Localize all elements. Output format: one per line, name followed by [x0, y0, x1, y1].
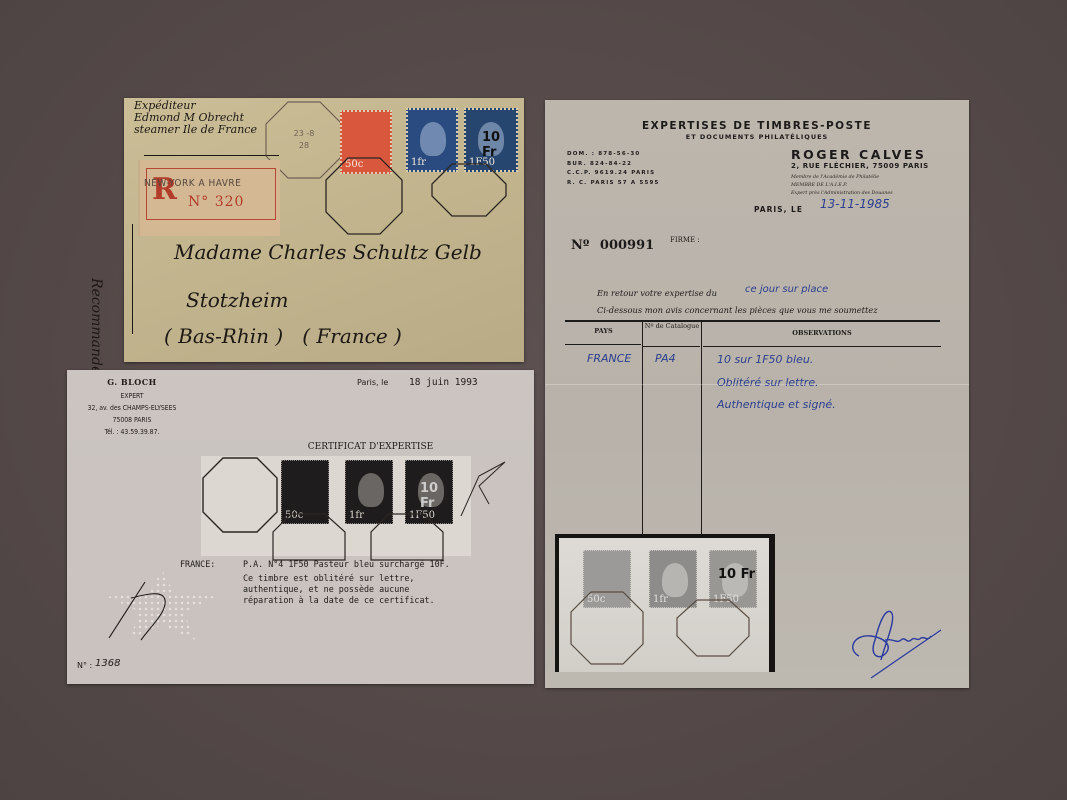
cell-observation: Oblitéré sur lettre.: [717, 376, 819, 389]
signature-mark: [459, 456, 519, 526]
sender-line: steamer Ile de France: [134, 124, 279, 136]
svg-text:28: 28: [299, 141, 309, 150]
postmark-octagon: [369, 512, 445, 562]
column-header-observations: OBSERVATIONS: [702, 329, 942, 337]
address-line: Stotzheim: [186, 288, 288, 312]
sender-underline: [144, 155, 279, 156]
calves-signature: [845, 600, 945, 680]
membership-block: Membre de l'Académie de Philatélie MEMBR…: [791, 174, 893, 198]
country-label: FRANCE:: [180, 559, 215, 570]
svg-text:23 -8: 23 -8: [294, 129, 315, 138]
certificate-date: 18 juin 1993: [409, 377, 478, 388]
cell-pays: FRANCE: [587, 352, 631, 365]
table-top-rule: [565, 320, 940, 322]
certificate-title: EXPERTISES DE TIMBRES-POSTE: [545, 120, 969, 132]
paper-fold: [545, 384, 969, 385]
certificate-number: Nº 000991: [571, 238, 654, 253]
sender-note: Expéditeur Edmond M Obrecht steamer Ile …: [134, 100, 279, 136]
overprint: 10 Fr: [482, 130, 516, 160]
registration-cancel: NEW-YORK A HAVRE: [144, 178, 241, 189]
postmark-octagon: [271, 512, 347, 562]
certificate-title: CERTIFICAT D'EXPERTISE: [67, 442, 534, 452]
cell-catalogue: PA4: [655, 352, 676, 365]
stamp-description: P.A. N°4 1F50 Pasteur bleu surchargé 10F…: [243, 559, 450, 570]
bloch-expertise-certificate: G. BLOCH EXPERT 32, av. des CHAMPS-ELYSE…: [67, 370, 534, 684]
column-header-pays: PAYS: [565, 327, 642, 335]
expert-address: 75008 PARIS: [67, 416, 197, 424]
expert-phone: Tél. : 43.59.39.87.: [67, 428, 197, 436]
registration-number: N° 320: [188, 194, 244, 210]
cell-observation: 10 sur 1F50 bleu.: [717, 353, 813, 366]
calves-expertise-certificate: EXPERTISES DE TIMBRES-POSTE ET DOCUMENTS…: [545, 100, 969, 688]
bloch-signature: [107, 570, 197, 645]
intro-handwritten: ce jour sur place: [745, 284, 828, 295]
number-label: N° :: [77, 661, 92, 670]
certificate-subtitle: ET DOCUMENTS PHILATÉLIQUES: [545, 133, 969, 141]
expert-name: ROGER CALVES: [791, 147, 926, 162]
registered-cover-envelope: Expéditeur Edmond M Obrecht steamer Ile …: [124, 98, 524, 362]
address-line: Madame Charles Schultz Gelb: [174, 240, 482, 264]
side-note-rule: [132, 224, 133, 334]
expert-name: G. BLOCH: [67, 377, 197, 387]
certificate-number: 1368: [95, 658, 120, 669]
certificate-date: 13-11-1985: [820, 197, 890, 211]
intro-line: En retour votre expertise du: [597, 288, 717, 298]
postmark-octagon: [324, 156, 404, 236]
postmark-octagon: [201, 456, 279, 534]
expert-address: 32, av. des CHAMPS-ELYSEES: [67, 404, 197, 412]
address-line: ( Bas-Rhin ) ( France ): [164, 324, 402, 348]
postmark-octagon: [569, 590, 645, 666]
postmark-octagon: [675, 598, 751, 658]
cell-observation: Authentique et signé.: [717, 398, 836, 411]
pasteur-portrait-icon: [420, 122, 446, 156]
expert-role: EXPERT: [67, 392, 197, 400]
date-label: Paris, le: [357, 378, 388, 387]
column-header-catalogue: Nº de Catalogue: [643, 322, 701, 330]
registration-label: R NEW-YORK A HAVRE N° 320: [138, 160, 280, 236]
expert-address: 2, RUE FLÉCHIER, 75009 PARIS: [791, 162, 929, 170]
contact-block: DOM. : 878-56-30 BUR. 824-84-22 C.C.P. 9…: [567, 150, 660, 188]
stamp-photocopy: 50c 1fr 10 Fr 1F50: [201, 456, 471, 556]
date-label: PARIS, LE: [754, 205, 803, 214]
intro-line: Ci-dessous mon avis concernant les pièce…: [597, 305, 878, 315]
postmark-octagon: [430, 162, 508, 218]
certificate-body: Ce timbre est oblitéré sur lettre, authe…: [243, 573, 435, 606]
table-divider: [642, 320, 643, 534]
stamp-photograph: 50c 1fr 10 Fr 1F50: [555, 534, 775, 672]
firm-label: FIRME :: [670, 236, 700, 244]
table-divider: [701, 320, 702, 534]
